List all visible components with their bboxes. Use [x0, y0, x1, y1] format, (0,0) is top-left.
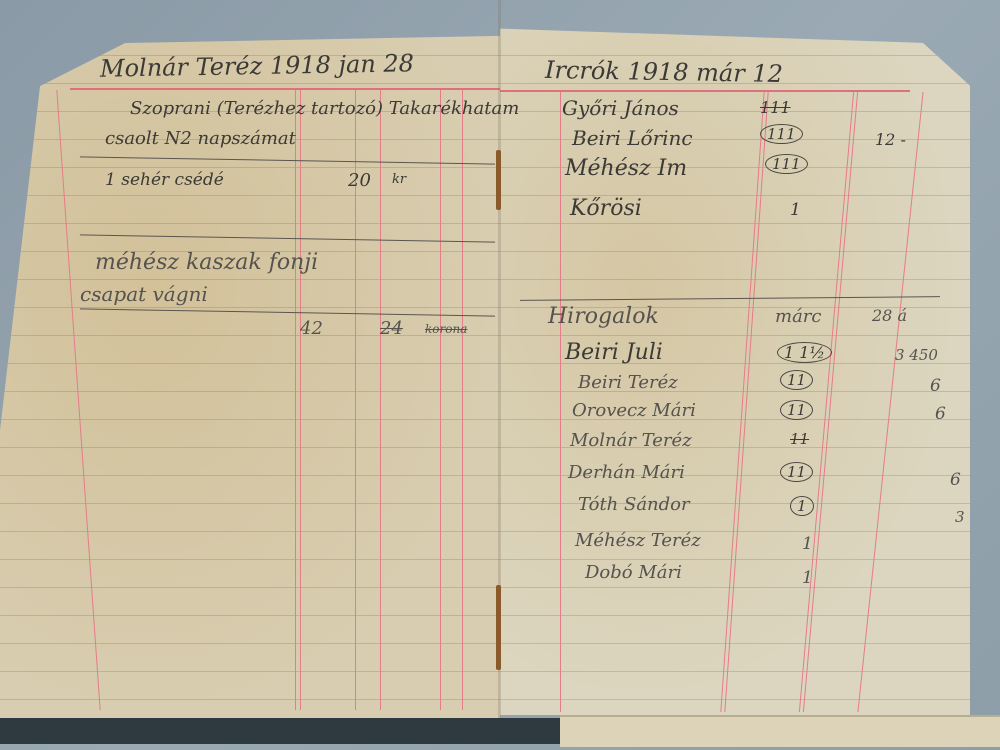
header-rule-right: [500, 90, 910, 92]
header-rule-left: [70, 88, 500, 90]
entry-value: 24: [380, 318, 403, 339]
staple-top: [496, 150, 501, 210]
section-month: márc: [775, 306, 822, 327]
open-ledger-photo: Molnár Teréz 1918 jan 28 Szoprani (Teréz…: [0, 0, 1000, 750]
tally-mark: 11: [780, 370, 813, 390]
tally-mark: 1: [802, 568, 813, 588]
worker-name: Tóth Sándor: [578, 494, 690, 515]
entry-unit: korona: [425, 322, 467, 336]
staple-bottom: [496, 585, 501, 670]
column-rule: [300, 90, 301, 710]
column-rule: [462, 90, 463, 710]
worker-name: Orovecz Mári: [572, 400, 696, 421]
tally-mark: 111: [760, 124, 803, 144]
worker-name: Dobó Mári: [585, 562, 682, 583]
worker-name: Beiri Lőrinc: [572, 126, 693, 150]
entry-text: csaolt N2 napszámat: [105, 128, 296, 149]
worker-name: Derhán Mári: [568, 462, 685, 483]
section-day: 28 á: [872, 306, 907, 325]
worker-name: Győri János: [562, 96, 679, 120]
worker-name: Beiri Teréz: [578, 372, 678, 393]
tally-mark: 111: [760, 98, 791, 117]
amount: 6: [935, 404, 946, 424]
tally-mark: 1: [790, 200, 801, 220]
tally-mark: 1: [790, 496, 814, 516]
column-rule: [380, 90, 381, 710]
tally-mark: 1: [802, 534, 813, 554]
column-rule: [440, 90, 441, 710]
worker-name: Méhész Im: [565, 156, 687, 181]
entry-item: 1 sehér csédé: [105, 170, 224, 190]
amount: 3 450: [895, 346, 938, 364]
tally-mark: 111: [765, 154, 808, 174]
worker-name: Méhész Teréz: [575, 530, 701, 551]
entry-value: 42: [300, 318, 323, 339]
entry-text: csapat vágni: [80, 282, 208, 306]
worker-name: Beiri Juli: [565, 340, 663, 365]
right-header: Ircrók 1918 már 12: [545, 56, 783, 88]
section-header: Hirogalok: [548, 304, 659, 329]
column-rule: [295, 90, 296, 710]
entry-text: méhész kaszak fonji: [95, 250, 318, 275]
worker-name: Molnár Teréz: [570, 430, 692, 451]
side-note: 12 -: [875, 130, 906, 149]
entry-text: Szoprani (Terézhez tartozó) Takarékhatam: [130, 98, 519, 119]
tally-mark: 1 1½: [777, 342, 832, 363]
left-header: Molnár Teréz 1918 jan 28: [100, 49, 414, 82]
worker-name: Kőrösi: [570, 196, 642, 221]
amount: 3: [955, 508, 965, 526]
tally-mark: 11: [780, 462, 813, 482]
tally-mark: 11: [780, 400, 813, 420]
tally-mark: 11: [790, 430, 809, 448]
book-cover-edge: [0, 718, 570, 744]
amount: 6: [930, 376, 941, 396]
entry-value: 20: [348, 170, 371, 191]
page-stack-edge: [560, 715, 1000, 747]
entry-unit: kr: [392, 172, 406, 187]
margin-rule-right: [560, 92, 561, 712]
amount: 6: [950, 470, 961, 490]
